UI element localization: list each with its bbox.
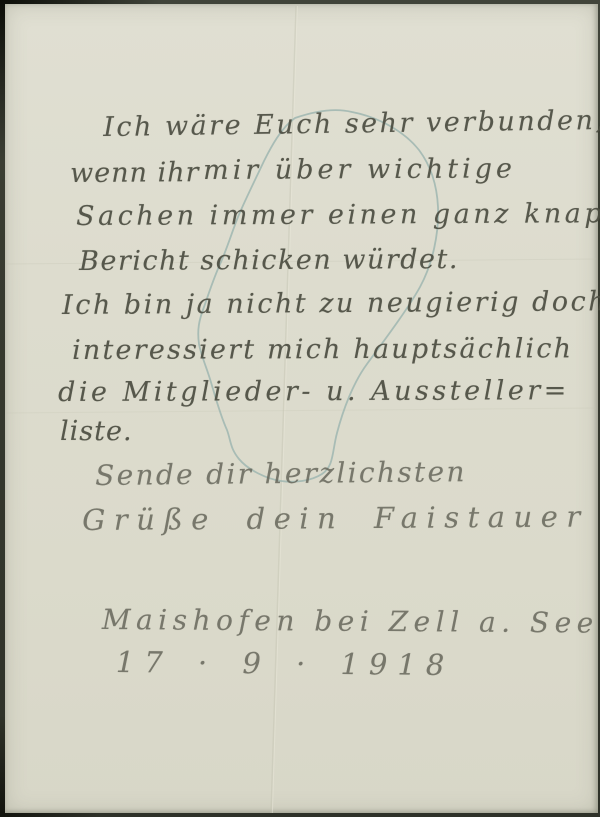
handwritten-line-3: Sachen immer einen ganz knappen [76, 198, 600, 232]
place-line: Maishofen bei Zell a. See [102, 603, 599, 639]
handwritten-line-2a: wenn ihr [70, 157, 200, 189]
handwritten-line-6: interessiert mich hauptsächlich [72, 333, 573, 366]
handwritten-line-4: Bericht schicken würdet. [79, 244, 459, 277]
date-line: 17 · 9 · 1918 [116, 645, 455, 682]
scanned-letter: Ich wäre Euch sehr verbunden, wenn ihr m… [0, 0, 600, 817]
handwritten-line-5: Ich bin ja nicht zu neugierig doch [62, 286, 600, 321]
handwritten-line-8: liste. [60, 416, 133, 447]
signature-line: Grüße dein Faistauer [82, 499, 589, 537]
handwritten-line-7: die Mitglieder- u. Aussteller= [58, 375, 570, 408]
closing-line: Sende dir herzlichsten [95, 455, 467, 492]
handwritten-line-2b: mir über wichtige [203, 153, 516, 186]
